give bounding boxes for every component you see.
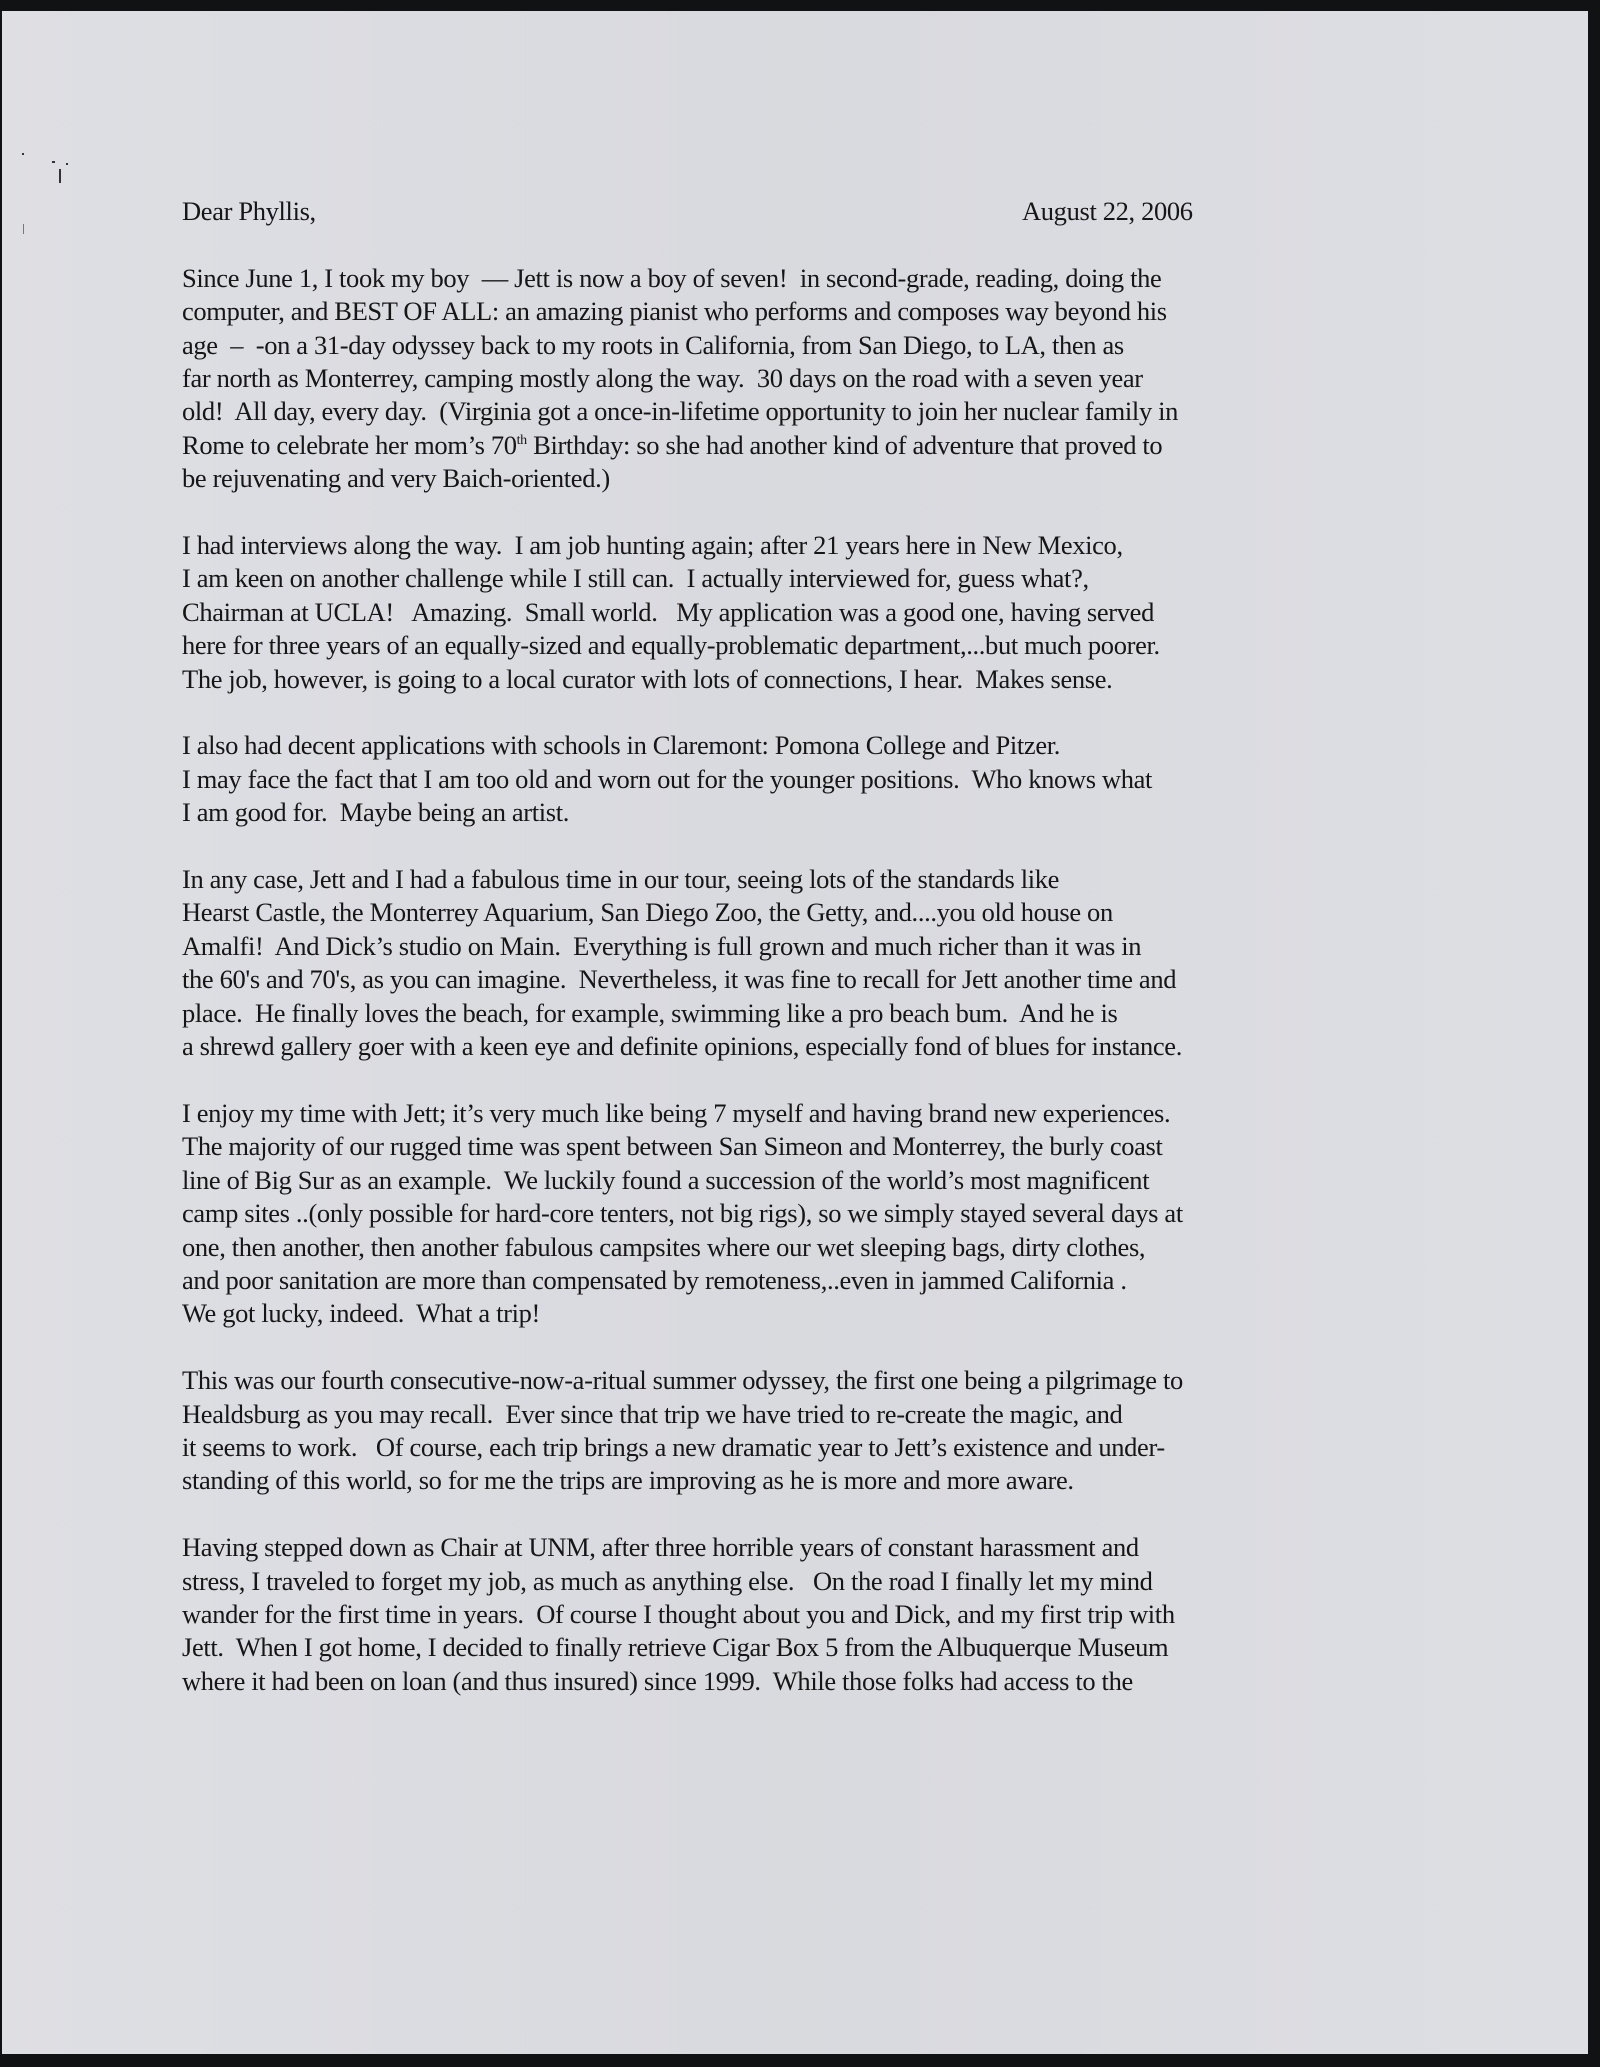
text-line: age – -on a 31-day odyssey back to my ro… bbox=[182, 329, 1402, 362]
text-line: camp sites ..(only possible for hard-cor… bbox=[182, 1197, 1402, 1230]
text-line: Jett. When I got home, I decided to fina… bbox=[182, 1631, 1402, 1664]
text-line: here for three years of an equally-sized… bbox=[182, 629, 1402, 662]
text-line: the 60's and 70's, as you can imagine. N… bbox=[182, 963, 1402, 996]
text-line: Rome to celebrate her mom’s 70th Birthda… bbox=[182, 429, 1402, 462]
text-line: far north as Monterrey, camping mostly a… bbox=[182, 362, 1402, 395]
paragraph: I also had decent applications with scho… bbox=[182, 729, 1402, 829]
text-line: and poor sanitation are more than compen… bbox=[182, 1264, 1402, 1297]
superscript: th bbox=[517, 433, 527, 448]
text-line: Hearst Castle, the Monterrey Aquarium, S… bbox=[182, 896, 1402, 929]
letter-date: August 22, 2006 bbox=[1022, 195, 1193, 228]
text-line: Since June 1, I took my boy — Jett is no… bbox=[182, 262, 1402, 295]
text-line: I enjoy my time with Jett; it’s very muc… bbox=[182, 1097, 1402, 1130]
letter-paragraphs: Since June 1, I took my boy — Jett is no… bbox=[182, 262, 1402, 1698]
text-line: it seems to work. Of course, each trip b… bbox=[182, 1431, 1402, 1464]
scan-mark bbox=[66, 163, 68, 165]
scan-mark bbox=[52, 161, 55, 163]
text-line: This was our fourth consecutive-now-a-ri… bbox=[182, 1364, 1402, 1397]
text-line: old! All day, every day. (Virginia got a… bbox=[182, 395, 1402, 428]
scan-mark bbox=[23, 224, 24, 234]
text-line: place. He finally loves the beach, for e… bbox=[182, 997, 1402, 1030]
text-line: The majority of our rugged time was spen… bbox=[182, 1130, 1402, 1163]
salutation: Dear Phyllis, bbox=[182, 195, 316, 228]
paragraph: I enjoy my time with Jett; it’s very muc… bbox=[182, 1097, 1402, 1331]
text-line: one, then another, then another fabulous… bbox=[182, 1231, 1402, 1264]
text-line: be rejuvenating and very Baich-oriented.… bbox=[182, 462, 1402, 495]
text-line: I am keen on another challenge while I s… bbox=[182, 562, 1402, 595]
scan-mark bbox=[59, 169, 61, 183]
letter-body: Dear Phyllis, August 22, 2006 Since June… bbox=[182, 195, 1402, 1732]
text-line: We got lucky, indeed. What a trip! bbox=[182, 1297, 1402, 1330]
text-line: Having stepped down as Chair at UNM, aft… bbox=[182, 1531, 1402, 1564]
text-line: standing of this world, so for me the tr… bbox=[182, 1464, 1402, 1497]
paragraph: This was our fourth consecutive-now-a-ri… bbox=[182, 1364, 1402, 1498]
text-line: where it had been on loan (and thus insu… bbox=[182, 1665, 1402, 1698]
paragraph: In any case, Jett and I had a fabulous t… bbox=[182, 863, 1402, 1063]
paragraph: I had interviews along the way. I am job… bbox=[182, 529, 1402, 696]
scan-mark bbox=[22, 153, 24, 155]
paragraph: Since June 1, I took my boy — Jett is no… bbox=[182, 262, 1402, 496]
text-line: I may face the fact that I am too old an… bbox=[182, 763, 1402, 796]
text-line: I am good for. Maybe being an artist. bbox=[182, 796, 1402, 829]
text-line: a shrewd gallery goer with a keen eye an… bbox=[182, 1030, 1402, 1063]
text-line: computer, and BEST OF ALL: an amazing pi… bbox=[182, 295, 1402, 328]
text-line: wander for the first time in years. Of c… bbox=[182, 1598, 1402, 1631]
text-line: The job, however, is going to a local cu… bbox=[182, 663, 1402, 696]
letter-header: Dear Phyllis, August 22, 2006 bbox=[182, 195, 1402, 228]
text-line: Amalfi! And Dick’s studio on Main. Every… bbox=[182, 930, 1402, 963]
text-line: line of Big Sur as an example. We luckil… bbox=[182, 1164, 1402, 1197]
text-line: I also had decent applications with scho… bbox=[182, 729, 1402, 762]
text-line: Chairman at UCLA! Amazing. Small world. … bbox=[182, 596, 1402, 629]
text-line: In any case, Jett and I had a fabulous t… bbox=[182, 863, 1402, 896]
text-line: stress, I traveled to forget my job, as … bbox=[182, 1565, 1402, 1598]
text-line: Healdsburg as you may recall. Ever since… bbox=[182, 1398, 1402, 1431]
paragraph: Having stepped down as Chair at UNM, aft… bbox=[182, 1531, 1402, 1698]
text-line: I had interviews along the way. I am job… bbox=[182, 529, 1402, 562]
